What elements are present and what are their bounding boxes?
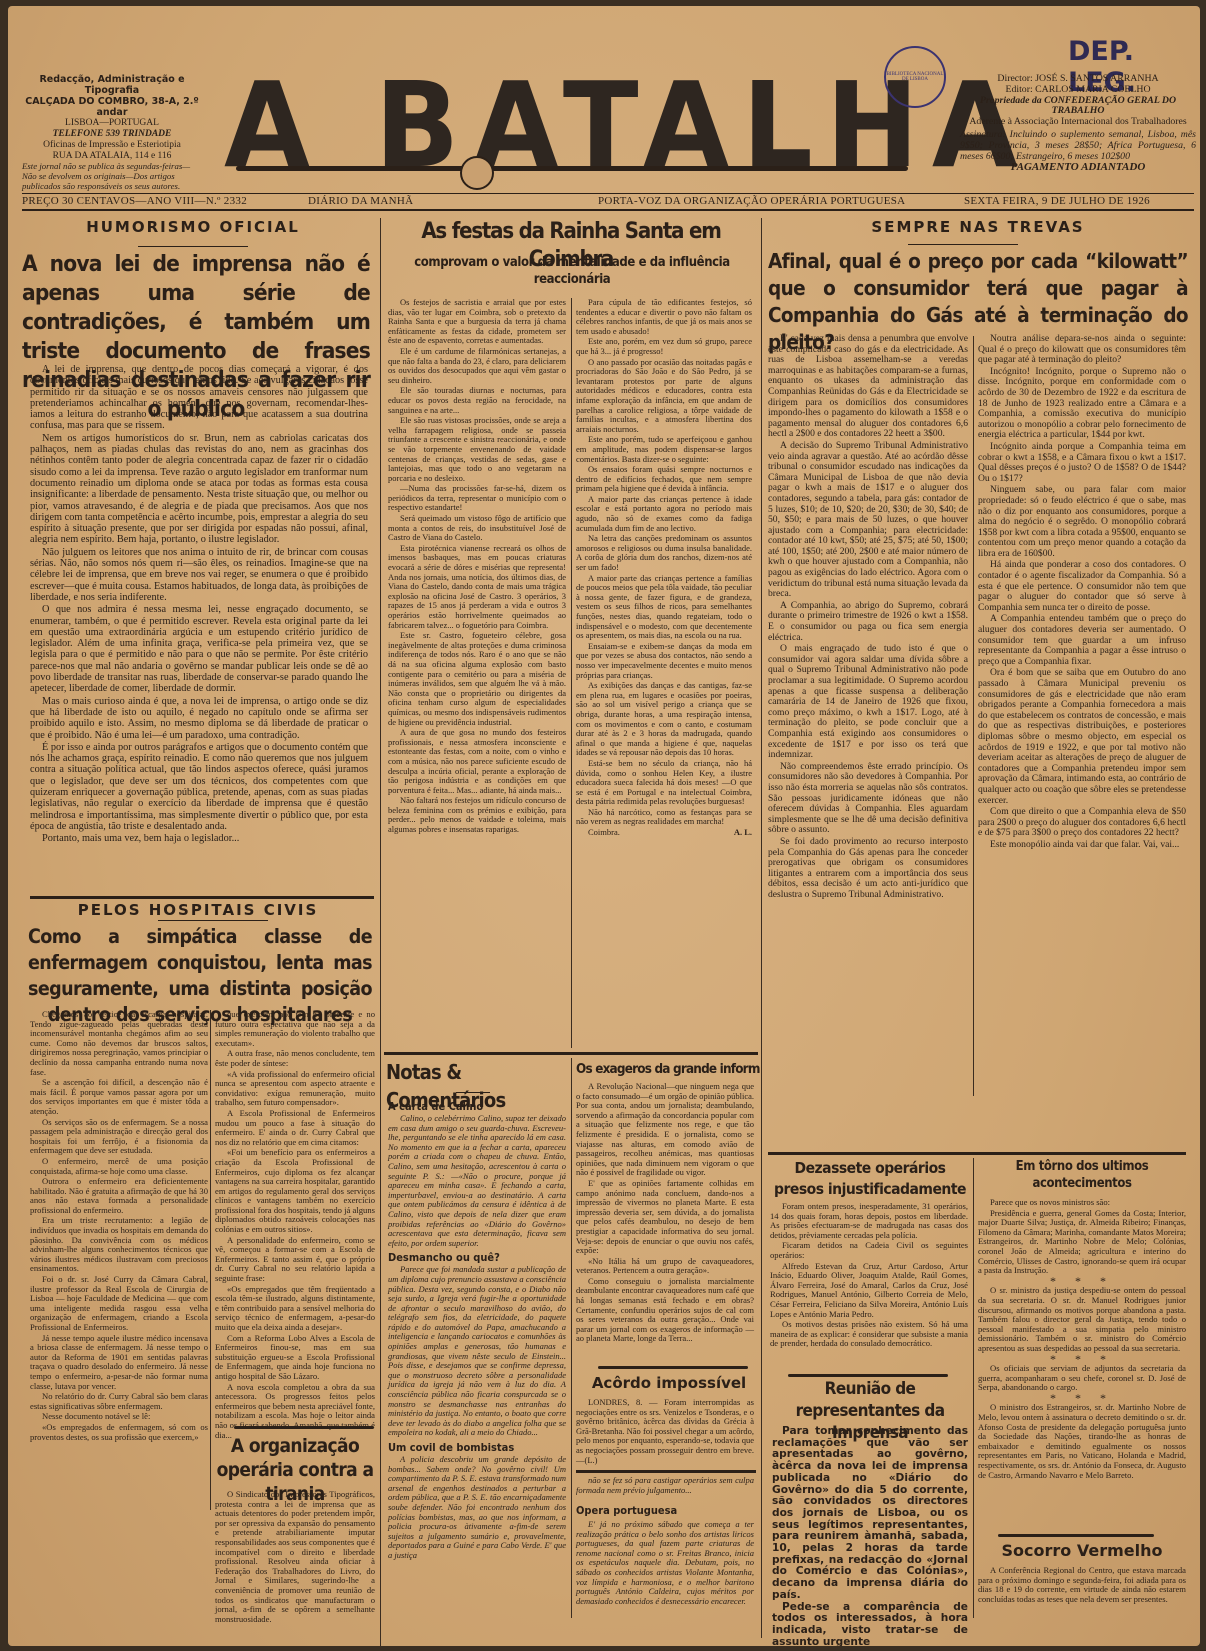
column-divider <box>761 218 762 1638</box>
notas-paragraph: Parece que foi mandada sustar a publicaç… <box>388 1265 566 1438</box>
hospitais-paragraph: «Foi um benefício para os enfermeiros a … <box>215 1148 375 1234</box>
em-torno-paragraph: Presidência e guerra, general Gomes da C… <box>978 1209 1186 1276</box>
dezassete-paragraph: Ficaram detidos na Cadeia Civil os segui… <box>770 1241 968 1260</box>
section-rule <box>30 896 374 899</box>
newspaper-page: Redacção, Administração e Tipografia CAL… <box>8 6 1200 1646</box>
rainha-paragraph: As exibições das danças e das cantigas, … <box>576 681 752 758</box>
rainha-paragraph: Os ensaios foram quási sempre nocturnos … <box>576 465 752 494</box>
hospitais-paragraph: Foi o dr. sr. José Curry da Câmara Cabra… <box>30 1275 208 1333</box>
oficinas-line: Oficinas de Impressão e Esteriotipia <box>22 140 202 151</box>
kilowatt-col1: E' cada vez mais densa a penumbra que en… <box>768 334 968 901</box>
rainha-signature: A. L. <box>734 828 752 838</box>
ornament-rule <box>788 1374 948 1377</box>
exageros-paragraph: A Revolução Nacional—que ninguem nega qu… <box>576 1082 754 1178</box>
dateline-top-rule <box>22 193 1194 194</box>
notas-paragraph: Calino, o celebérrimo Calino, supoz ter … <box>388 1114 566 1248</box>
rainha-paragraph: A maior parte das crianças pertence a fa… <box>576 574 752 641</box>
dezassete-paragraph: Os motivos destas prisões não existem. S… <box>770 1320 968 1349</box>
hospitais-kicker: PELOS HOSPITAIS CIVIS <box>28 901 368 919</box>
continuation-paragraph: não se fez só para castigar operários se… <box>576 1476 754 1495</box>
city-line: LISBOA—PORTUGAL <box>22 118 202 129</box>
dezassete-headline: Dezassete operários presos injustificada… <box>770 1158 970 1200</box>
column-divider <box>210 1010 211 1510</box>
hospitais-paragraph: A personalidade do enfermeiro, como se v… <box>215 1236 375 1284</box>
exageros-body: A Revolução Nacional—que ninguem nega qu… <box>576 1082 754 1345</box>
price-issue: PREÇO 30 CENTAVOS—ANO VIII—N.º 2332 <box>22 195 247 207</box>
column-divider <box>571 1058 572 1618</box>
opera-subtitle: Opera portuguesa <box>576 1504 754 1518</box>
hospitais-paragraph: «A vida profissional do enfermeiro ofici… <box>215 1070 375 1108</box>
column-divider <box>571 298 572 1048</box>
kilowatt-paragraph: Com que direito o que a Companhia eleva … <box>978 807 1186 839</box>
dezassete-body: Foram ontem presos, inesperadamente, 31 … <box>770 1202 968 1350</box>
kilowatt-paragraph: Não compreendemos êste errado princípio.… <box>768 762 968 836</box>
notas-rule <box>456 1092 490 1093</box>
acordo-body: LONDRES, 8. — Foram interrompidas as neg… <box>576 1398 754 1466</box>
hospitais-paragraph: Se a ascenção foi difícil, a descenção n… <box>30 1078 208 1116</box>
kicker-rule <box>908 244 1018 245</box>
rainha-paragraph: O ano passado por ocasião das noitadas p… <box>576 358 752 435</box>
hospitais-paragraph: Era um triste recrutamento: a legião de … <box>30 1216 208 1274</box>
rainha-paragraph: Esta pirotécnica vianense recreará os ol… <box>388 544 566 630</box>
hospitais-paragraph: Chegámos ao vértice da escarpa hospitala… <box>30 1010 208 1077</box>
opera-paragraph: E' já no próximo sábado que começa a ter… <box>576 1520 754 1606</box>
motto-label: PORTA-VOZ DA ORGANIZAÇÃO OPERÁRIA PORTUG… <box>598 195 905 207</box>
kilowatt-paragraph: Incógnito ainda porque a Companhia teima… <box>978 442 1186 484</box>
rainha-paragraph: Na letra das canções predominam os assun… <box>576 534 752 572</box>
rainha-paragraph: Não faltará nos festejos um ridículo con… <box>388 796 566 834</box>
acordo-headline: Acôrdo impossível <box>580 1372 758 1394</box>
section-rule <box>384 1052 758 1055</box>
hospitais-paragraph: «Os empregados que têm freqüentado a esc… <box>215 1285 375 1333</box>
em-torno-paragraph: O sr. ministro da justiça despediu-se on… <box>978 1286 1186 1353</box>
em-torno-headline: Em tôrno dos ultimos acontecimentos <box>978 1158 1186 1192</box>
socorro-body: A Conferência Regional do Centro, que es… <box>978 1566 1186 1605</box>
kilowatt-paragraph: Este monopólio ainda vai dar que falar. … <box>978 840 1186 851</box>
humorismo-paragraph: O que nos admira é nessa mesma lei, ness… <box>30 604 368 694</box>
em-torno-paragraph: Os oficiais que serviam de adjuntos da s… <box>978 1364 1186 1393</box>
section-rule <box>576 1470 756 1473</box>
hospitais-paragraph: Nesse documento notável se lê: <box>30 1412 208 1422</box>
notas-column: A carta de Calino Calino, o celebérrimo … <box>388 1100 566 1562</box>
notas-subtitle: A carta de Calino <box>388 1100 566 1114</box>
section-rule <box>768 1152 1186 1155</box>
exageros-paragraph: Como conseguiu o jornalista marcialmente… <box>576 1277 754 1344</box>
library-stamp: BIBLIOTECA NACIONAL DE LISBOA <box>884 46 946 108</box>
kilowatt-kicker: SEMPRE NAS TREVAS <box>768 218 1188 236</box>
notas-subtitle: Um covil de bombistas <box>388 1441 566 1455</box>
kilowatt-paragraph: E' cada vez mais densa a penumbra que en… <box>768 334 968 440</box>
exageros-headline: Os exageros da grande informação <box>576 1060 760 1080</box>
rainha-santa-col2: Para cúpula de tão edificantes festejos,… <box>576 298 752 838</box>
humorismo-paragraph: Não julguem os leitores que nos anima o … <box>30 547 368 603</box>
hospitais-paragraph: O enfermeiro, mercê de uma posição conqu… <box>30 1157 208 1176</box>
kilowatt-paragraph: A decisão do Supremo Tribunal Administra… <box>768 441 968 600</box>
socorro-headline: Socorro Vermelho <box>978 1540 1186 1562</box>
acordo-continuation: não se fez só para castigar operários se… <box>576 1476 754 1496</box>
masthead-underline <box>236 166 908 171</box>
rainha-paragraph: Ensaiam-se e exibem-se danças da moda em… <box>576 642 752 680</box>
humorismo-paragraph: A lei de imprensa, que dentro de pocos d… <box>30 364 368 432</box>
rainha-santa-subhead: comprovam o valor da mentalidade e da in… <box>404 254 740 288</box>
hospitais-paragraph: Outrora o enfermeiro era deficientemente… <box>30 1177 208 1215</box>
masthead-emblem <box>460 156 494 190</box>
rainha-place: Coimbra. <box>588 828 620 838</box>
rainha-paragraph: Este sr. Castro, fogueteiro célebre, gos… <box>388 631 566 727</box>
rainha-santa-col1: Os festejos de sacristia e arraial que p… <box>388 298 566 836</box>
column-divider <box>973 1158 974 1618</box>
humorismo-paragraph: Mas o mais curioso ainda é que, a nova l… <box>30 696 368 741</box>
adherent-line: Aderente à Associação Internacional dos … <box>960 117 1196 128</box>
rainha-paragraph: Está-se bem no século da criança, não há… <box>576 759 752 807</box>
humorismo-paragraph: Portanto, mais uma vez, bem haja o legis… <box>30 833 368 844</box>
issue-date: SEXTA FEIRA, 9 DE JULHO DE 1926 <box>964 195 1150 207</box>
dezassete-paragraph: Alfredo Estevan da Cruz, Artur Cardoso, … <box>770 1262 968 1320</box>
hospitais-col1: Chegámos ao vértice da escarpa hospitala… <box>30 1010 208 1630</box>
hospitais-paragraph: que exercem, não têm no presente e no fu… <box>215 1010 375 1048</box>
rainha-paragraph: Este ano porém, tudo se aperfeiçoou e ga… <box>576 435 752 464</box>
notas-paragraph: A policia descobriu um grande depósito d… <box>388 1455 566 1561</box>
em-torno-body: Parece que os novos ministros são: Presi… <box>978 1198 1186 1481</box>
kilowatt-paragraph: Incógnito! Incógnito, porque o Supremo n… <box>978 367 1186 441</box>
exageros-paragraph: «No Itália há um grupo de cavaqueadores,… <box>576 1257 754 1276</box>
socorro-paragraph: A Conferência Regional do Centro, que es… <box>978 1566 1186 1604</box>
redaccao-label: Redacção, Administração e Tipografia <box>22 74 202 96</box>
kicker-rule <box>158 920 268 921</box>
hospitais-paragraph: Os serviços são os de enfermagem. Se a n… <box>30 1118 208 1156</box>
hospitais-paragraph: No relatório do dr. Curry Cabral são bem… <box>30 1392 208 1411</box>
dateline-bottom-rule <box>22 209 1194 211</box>
humorismo-body: A lei de imprensa, que dentro de pocos d… <box>30 364 368 845</box>
masthead-left-info: Redacção, Administração e Tipografia CAL… <box>22 74 202 191</box>
kilowatt-paragraph: Noutra análise depara-se-nos ainda o seg… <box>978 334 1186 366</box>
em-torno-paragraph: Parece que os novos ministros são: <box>978 1198 1186 1208</box>
kilowatt-paragraph: Há ainda que ponderar a coso dos contado… <box>978 560 1186 613</box>
kilowatt-paragraph: A Companhia entendeu também que o preço … <box>978 614 1186 667</box>
rainha-paragraph: Ele são touradas diurnas e nocturnas, pa… <box>388 386 566 415</box>
rainha-paragraph: Os festejos de sacristia e arraial que p… <box>388 298 566 346</box>
rainha-paragraph: Este ano, porém, em vez dum só grupo, pa… <box>576 337 752 356</box>
hospitais-paragraph: Com a Reforma Lobo Alves a Escola de Enf… <box>215 1334 375 1382</box>
kilowatt-paragraph: Se foi dado provimento ao recurso interp… <box>768 837 968 901</box>
ornament-rule <box>234 1426 374 1429</box>
rainha-paragraph: Ele são ruas vistosas procissões, onde s… <box>388 416 566 483</box>
payment-line: PAGAMENTO ADIANTADO <box>960 162 1196 173</box>
diario-label: DIÁRIO DA MANHÃ <box>308 195 413 207</box>
telephone-line: TELEFONE 539 TRINDADE <box>22 129 202 140</box>
kilowatt-paragraph: O mais engraçado de tudo isto é que o co… <box>768 644 968 761</box>
reuniao-body: Para tomar conhecimento das reclamações … <box>772 1426 968 1646</box>
ornament-rule <box>598 1366 748 1369</box>
rainha-paragraph: —Numa das procissões far-se-há, dizem os… <box>388 484 566 513</box>
subscription-line: Assinatura: Incluindo o suplemento seman… <box>960 130 1196 162</box>
hospitais-paragraph: «Os empregados de enfermagem, só com os … <box>30 1423 208 1442</box>
hospitais-paragraph: A nova escola completou a obra da sua an… <box>215 1383 375 1441</box>
kilowatt-paragraph: Ora é bom que se saiba que em Outubro do… <box>978 668 1186 806</box>
ornament-rule <box>998 1534 1154 1537</box>
hospitais-paragraph: A Escola Profissional de Enfermeiros mud… <box>215 1109 375 1147</box>
rainha-paragraph: Para cúpula de tão edificantes festejos,… <box>576 298 752 336</box>
kilowatt-col2: Noutra análise depara-se-nos ainda o seg… <box>978 334 1186 852</box>
organizacao-paragraph: O Sindicato dos Impressores Tipográficos… <box>215 1490 375 1624</box>
humorismo-kicker: HUMORISMO OFICIAL <box>28 218 358 236</box>
notas-subtitle: Desmancho ou quê? <box>388 1251 566 1265</box>
rainha-paragraph: A aura de que gosa no mundo dos festeiro… <box>388 728 566 795</box>
publication-notice: Este jornal não se publica às segundas-f… <box>22 162 202 191</box>
acordo-paragraph: LONDRES, 8. — Foram interrompidas as neg… <box>576 1398 754 1465</box>
hospitais-paragraph: Já nesse tempo aquele ilustre médico inc… <box>30 1334 208 1392</box>
rainha-paragraph: Ele é um cardume de filarmónicas sertane… <box>388 347 566 385</box>
reuniao-paragraph: Pede-se a comparência de todos os intere… <box>772 1602 968 1646</box>
column-divider <box>380 218 381 1646</box>
library-stamp-text: BIBLIOTECA NACIONAL DE LISBOA <box>886 72 944 82</box>
property-line: Propriedade da CONFEDERAÇÃO GERAL DO TRA… <box>960 96 1196 118</box>
opera-body: E' já no próximo sábado que começa a ter… <box>576 1520 754 1607</box>
rainha-paragraph: Será queimado um vistoso fôgo de artifíc… <box>388 514 566 543</box>
hospitais-col2: que exercem, não têm no presente e no fu… <box>215 1010 375 1441</box>
organizacao-body: O Sindicato dos Impressores Tipográficos… <box>215 1490 375 1625</box>
column-divider <box>973 336 974 1096</box>
rainha-paragraph: A maior parte das crianças pertence à id… <box>576 495 752 533</box>
kilowatt-paragraph: A Companhia, ao abrigo do Supremo, cobra… <box>768 601 968 643</box>
reuniao-paragraph: Para tomar conhecimento das reclamações … <box>772 1426 968 1602</box>
hospitais-paragraph: A outra frase, não menos concludente, te… <box>215 1049 375 1068</box>
humorismo-paragraph: É por isso e ainda por outros parágrafos… <box>30 742 368 832</box>
humorismo-paragraph: Nem os artigos humorísticos do sr. Brun,… <box>30 433 368 546</box>
exageros-paragraph: E' que as opiniões fartamente colhidas e… <box>576 1179 754 1256</box>
kicker-rule <box>138 246 248 247</box>
editor-line: Editor: CARLOS MARIA COELHO <box>960 85 1196 96</box>
kilowatt-paragraph: Ninguem sabe, ou para falar com maior pr… <box>978 485 1186 559</box>
em-torno-paragraph: O ministro dos Estrangeiros, sr. dr. Mar… <box>978 1403 1186 1480</box>
masthead-right-info: Director: JOSÉ S. SANTOS ARRANHA Editor:… <box>960 74 1196 173</box>
rainha-paragraph: Não há narcótico, como as festanças para… <box>576 808 752 827</box>
dezassete-paragraph: Foram ontem presos, inesperadamente, 31 … <box>770 1202 968 1240</box>
address-line: CALÇADA DO COMBRO, 38-A, 2.º andar <box>22 96 202 118</box>
